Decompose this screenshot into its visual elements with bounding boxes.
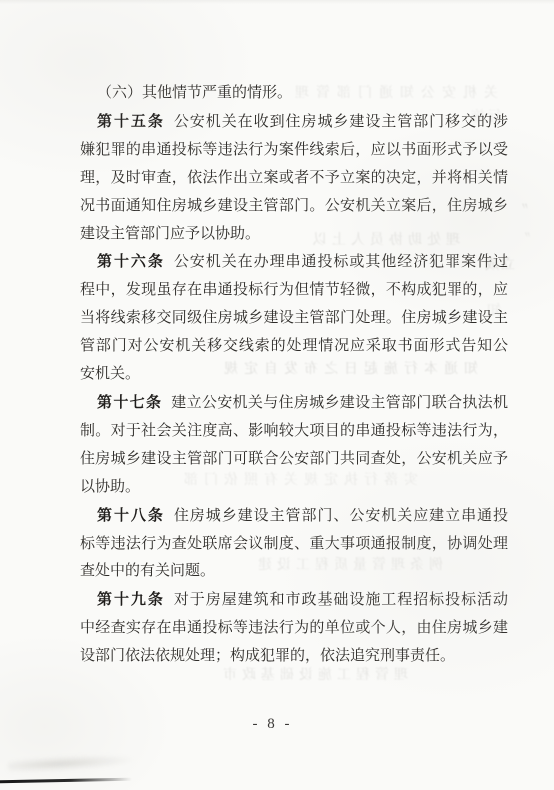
text-line: 标等违法行为查处联席会议制度、重大事项通报制度，协调处理 [80,531,508,559]
text-line: （六）其他情节严重的情形。 [80,80,508,108]
document-body: （六）其他情节严重的情形。 第十五条公安机关在收到住房城乡建设主管部门移交的涉 … [80,80,508,671]
paragraph-item-6: （六）其他情节严重的情形。 [80,80,508,108]
bleedthrough-mark: 〃 [520,198,530,213]
article-number: 第十七条 [97,394,162,411]
text-line: 住房城乡建设主管部门可联合公安部门共同查处，公安机关应予 [80,446,508,474]
text-line: 制。对于社会关注度高、影响较大项目的串通投标等违法行为， [80,418,508,446]
text-line-content: 住房城乡建设主管部门、公安机关应建立串通投 [174,508,508,524]
text-line-content: 建立公安机关与住房城乡建设主管部门联合执法机 [171,395,508,411]
scan-smudge [8,753,139,774]
bleedthrough-mark: 〃 [523,228,532,241]
text-line: 管部门对公安机关移交线索的处理情况应采取书面形式告知公 [80,333,508,361]
scanned-page: （六）其他情节严重的情形。 第十五条公安机关在收到住房城乡建设主管部门移交的涉 … [0,0,554,790]
text-line: 第十八条住房城乡建设主管部门、公安机关应建立串通投 [80,502,508,531]
page-number: - 8 - [0,716,545,733]
text-line: 第十五条公安机关在收到住房城乡建设主管部门移交的涉 [80,108,508,137]
text-line-content: （六）其他情节严重的情形。 [97,85,292,101]
paragraph-article-16: 第十六条公安机关在办理串通投标或其他经济犯罪案件过 程中，发现虽存在串通投标行为… [80,248,508,389]
text-line: 查处中的有关问题。 [80,558,508,586]
text-line: 理，及时审查，依法作出立案或者不予立案的决定，并将相关情 [80,165,508,193]
paragraph-article-18: 第十八条住房城乡建设主管部门、公安机关应建立串通投 标等违法行为查处联席会议制度… [80,502,508,587]
text-line: 第十六条公安机关在办理串通投标或其他经济犯罪案件过 [80,248,508,277]
text-line: 设部门依法依规处理；构成犯罪的，依法追究刑事责任。 [80,643,508,671]
article-number: 第十六条 [97,253,165,270]
text-line: 建设主管部门应予以协助。 [80,221,508,249]
text-line: 以协助。 [80,474,508,502]
text-line: 嫌犯罪的串通投标等违法行为案件线索后，应以书面形式予以受 [80,137,508,165]
text-line-content: 对于房屋建筑和市政基础设施工程招标投标活动 [174,592,508,608]
page-edge-shadow [0,778,132,784]
article-number: 第十九条 [97,591,165,608]
text-line-content: 公安机关在收到住房城乡建设主管部门移交的涉 [174,114,508,130]
text-line-content: 公安机关在办理串通投标或其他经济犯罪案件过 [174,254,508,270]
text-line: 第十九条对于房屋建筑和市政基础设施工程招标投标活动 [80,586,508,615]
text-line: 中经查实存在串通投标等违法行为的单位或个人，由住房城乡建 [80,615,508,643]
paragraph-article-17: 第十七条建立公安机关与住房城乡建设主管部门联合执法机 制。对于社会关注度高、影响… [80,389,508,502]
text-line: 程中，发现虽存在串通投标行为但情节轻微，不构成犯罪的，应 [80,277,508,305]
article-number: 第十五条 [97,113,165,130]
text-line: 第十七条建立公安机关与住房城乡建设主管部门联合执法机 [80,389,508,418]
text-line: 安机关。 [80,361,508,389]
text-line: 况书面通知住房城乡建设主管部门。公安机关立案后，住房城乡 [80,193,508,221]
paragraph-article-19: 第十九条对于房屋建筑和市政基础设施工程招标投标活动 中经查实存在串通投标等违法行… [80,586,508,671]
paragraph-article-15: 第十五条公安机关在收到住房城乡建设主管部门移交的涉 嫌犯罪的串通投标等违法行为案… [80,108,508,249]
article-number: 第十八条 [97,507,165,524]
text-line: 当将线索移交同级住房城乡建设主管部门处理。住房城乡建设主 [80,305,508,333]
